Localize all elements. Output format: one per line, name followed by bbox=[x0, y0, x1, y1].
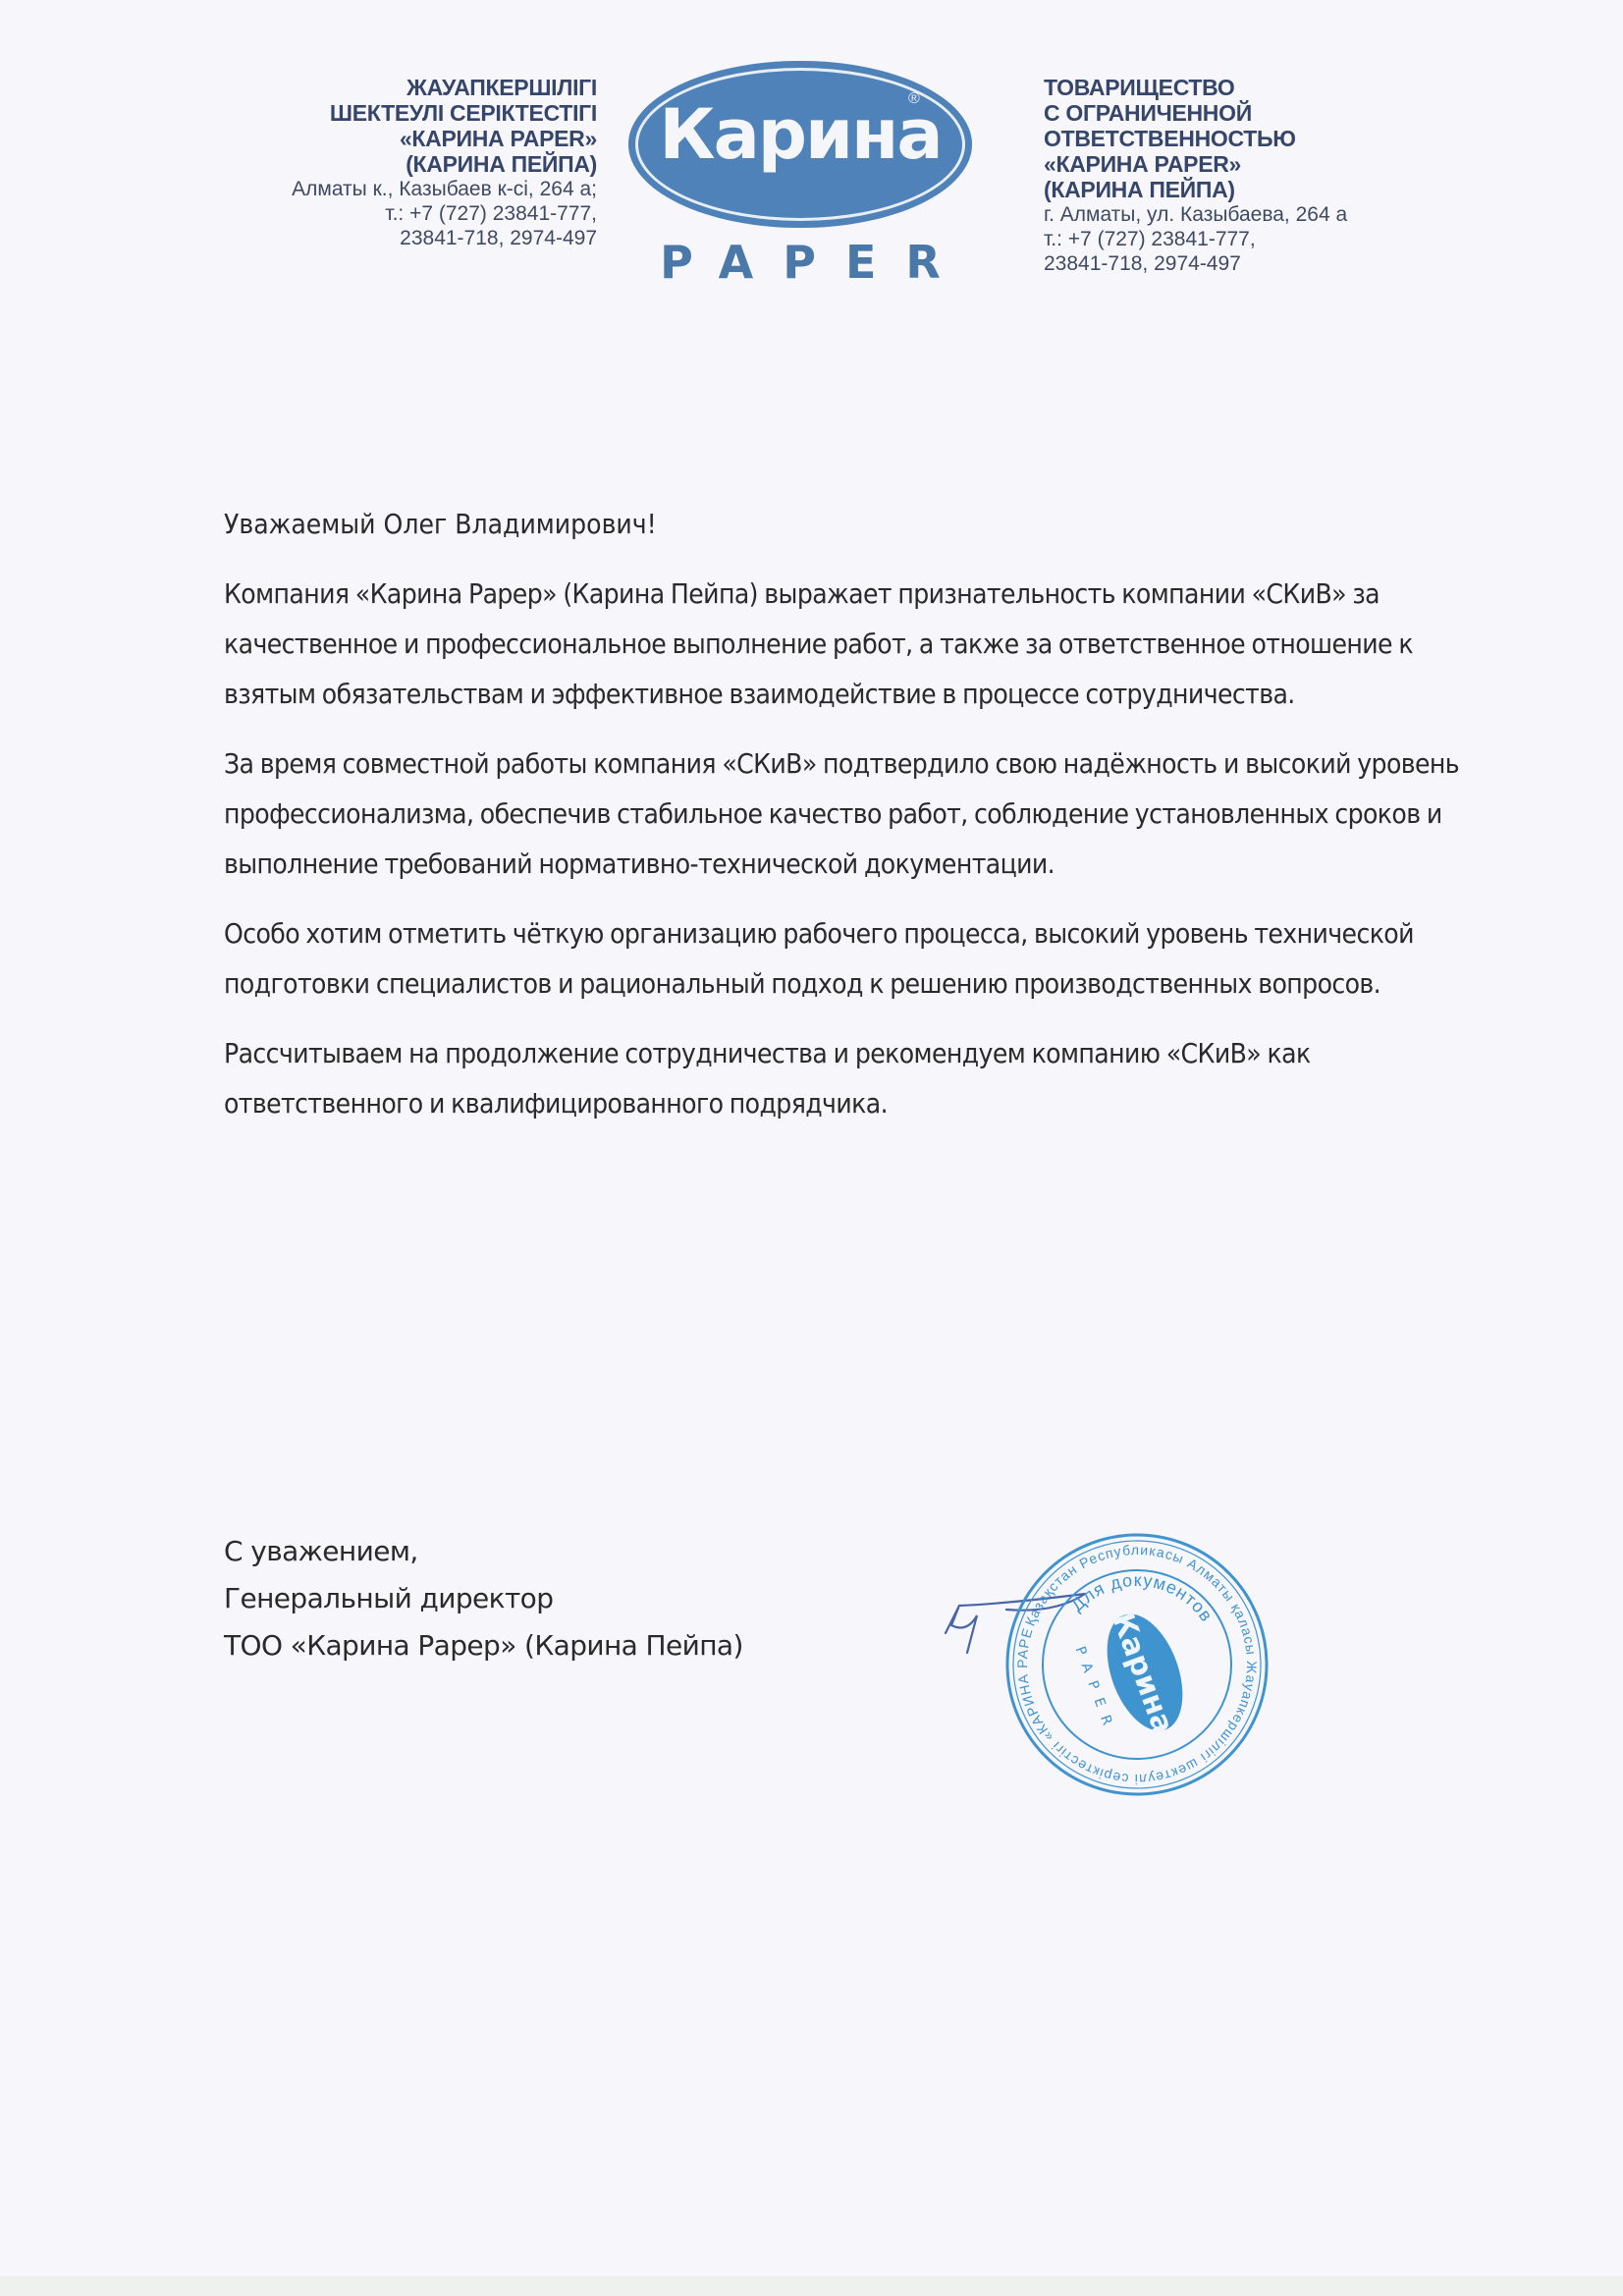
paragraph: Особо хотим отметить чёткую организацию … bbox=[224, 908, 1500, 1009]
letterhead-ru-phone: 23841-718, 2974-497 bbox=[1044, 251, 1476, 276]
letterhead-kz-phone: 23841-718, 2974-497 bbox=[165, 226, 597, 250]
greeting: Уважаемый Олег Владимирович! bbox=[224, 499, 1500, 549]
company-stamp-icon: Қазақстан Республикасы Алматы қаласы Жау… bbox=[1000, 1527, 1274, 1802]
closing: С уважением, bbox=[224, 1528, 911, 1575]
registered-mark-icon: ® bbox=[908, 90, 920, 108]
letterhead-ru-line: С ОГРАНИЧЕННОЙ bbox=[1044, 100, 1476, 126]
letter-body: Уважаемый Олег Владимирович! Компания «К… bbox=[224, 499, 1500, 1148]
letterhead-ru-phone: т.: +7 (727) 23841-777, bbox=[1044, 227, 1476, 251]
letterhead-kz-address: Алматы к., Казыбаев к-сі, 264 а; bbox=[165, 177, 597, 201]
letterhead-kz-line: (КАРИНА ПЕЙПА) bbox=[165, 151, 597, 177]
paragraph: Рассчитываем на продолжение сотрудничест… bbox=[224, 1028, 1500, 1128]
company-logo: Карина ® PAPER bbox=[628, 61, 972, 287]
letterhead-kz-line: ЖАУАПКЕРШІЛІГІ bbox=[165, 75, 597, 100]
letterhead-ru-line: ОТВЕТСТВЕННОСТЬЮ bbox=[1044, 126, 1476, 151]
letterhead-kz-line: «КАРИНА PAPER» bbox=[165, 126, 597, 151]
paragraph: Компания «Карина Рарер» (Карина Пейпа) в… bbox=[224, 569, 1500, 719]
letterhead-ru-line: «КАРИНА PAPER» bbox=[1044, 151, 1476, 177]
letterhead-kz-phone: т.: +7 (727) 23841-777, bbox=[165, 201, 597, 226]
signer-company: ТОО «Карина Рарер» (Карина Пейпа) bbox=[224, 1622, 911, 1669]
paragraph: За время совместной работы компания «СКи… bbox=[224, 738, 1500, 889]
signature-block: С уважением, Генеральный директор ТОО «К… bbox=[224, 1528, 911, 1669]
scan-edge bbox=[0, 2276, 1623, 2296]
letter-page: ЖАУАПКЕРШІЛІГІ ШЕКТЕУЛІ СЕРІКТЕСТІГІ «КА… bbox=[0, 0, 1623, 2276]
letterhead-russian: ТОВАРИЩЕСТВО С ОГРАНИЧЕННОЙ ОТВЕТСТВЕННО… bbox=[1044, 75, 1476, 276]
logo-subtitle: PAPER bbox=[628, 236, 972, 289]
letterhead-kz-line: ШЕКТЕУЛІ СЕРІКТЕСТІГІ bbox=[165, 100, 597, 126]
letterhead-ru-line: ТОВАРИЩЕСТВО bbox=[1044, 75, 1476, 100]
signer-title: Генеральный директор bbox=[224, 1575, 911, 1622]
letterhead-ru-address: г. Алматы, ул. Казыбаева, 264 а bbox=[1044, 202, 1476, 227]
letterhead-kazakh: ЖАУАПКЕРШІЛІГІ ШЕКТЕУЛІ СЕРІКТЕСТІГІ «КА… bbox=[165, 75, 597, 250]
letterhead-ru-line: (КАРИНА ПЕЙПА) bbox=[1044, 177, 1476, 202]
logo-wordmark: Карина bbox=[628, 90, 972, 179]
